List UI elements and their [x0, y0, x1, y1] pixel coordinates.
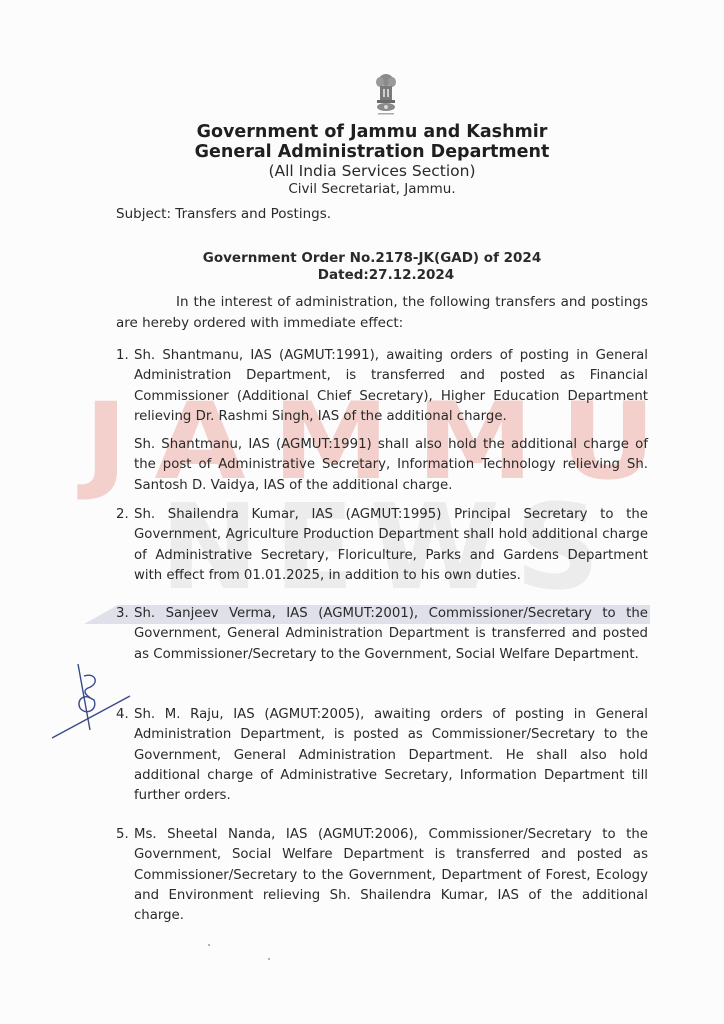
header-department: General Administration Department [10, 142, 724, 162]
item-number: 2. [116, 505, 129, 525]
document-page: J A M M U N E W S Government of Jammu an… [0, 0, 724, 1024]
scan-speck [268, 958, 270, 960]
order-item-3: 3. Sh. Sanjeev Verma, IAS (AGMUT:2001), … [116, 604, 648, 665]
item-paragraph: Sh. Sanjeev Verma, IAS (AGMUT:2001), Com… [134, 604, 648, 665]
item-paragraph: Sh. Shantmanu, IAS (AGMUT:1991), awaitin… [134, 346, 648, 427]
handwritten-initials-icon [38, 660, 138, 750]
intro-paragraph: In the interest of administration, the f… [116, 292, 648, 333]
subject-line: Subject: Transfers and Postings. [116, 206, 331, 222]
item-number: 3. [116, 604, 129, 624]
item-paragraph: Sh. Shailendra Kumar, IAS (AGMUT:1995) P… [134, 505, 648, 586]
scan-speck [208, 944, 210, 946]
order-item-1: 1. Sh. Shantmanu, IAS (AGMUT:1991), awai… [116, 346, 648, 496]
item-paragraph: Sh. M. Raju, IAS (AGMUT:2005), awaiting … [134, 705, 648, 806]
item-paragraph: Ms. Sheetal Nanda, IAS (AGMUT:2006), Com… [134, 825, 648, 926]
item-number: 5. [116, 825, 129, 845]
order-item-4: 4. Sh. M. Raju, IAS (AGMUT:2005), awaiti… [116, 705, 648, 806]
item-number: 1. [116, 346, 129, 366]
order-item-2: 2. Sh. Shailendra Kumar, IAS (AGMUT:1995… [116, 505, 648, 586]
order-number: Government Order No.2178-JK(GAD) of 2024 [10, 250, 724, 266]
state-emblem-of-india-icon [372, 70, 400, 120]
header-address: Civil Secretariat, Jammu. [10, 181, 724, 197]
document-content: Government of Jammu and Kashmir General … [0, 0, 724, 1024]
header-section: (All India Services Section) [10, 162, 724, 180]
order-item-5: 5. Ms. Sheetal Nanda, IAS (AGMUT:2006), … [116, 825, 648, 926]
item-paragraph: Sh. Shantmanu, IAS (AGMUT:1991) shall al… [134, 435, 648, 496]
order-date: Dated:27.12.2024 [24, 267, 724, 283]
header-government: Government of Jammu and Kashmir [10, 122, 724, 142]
